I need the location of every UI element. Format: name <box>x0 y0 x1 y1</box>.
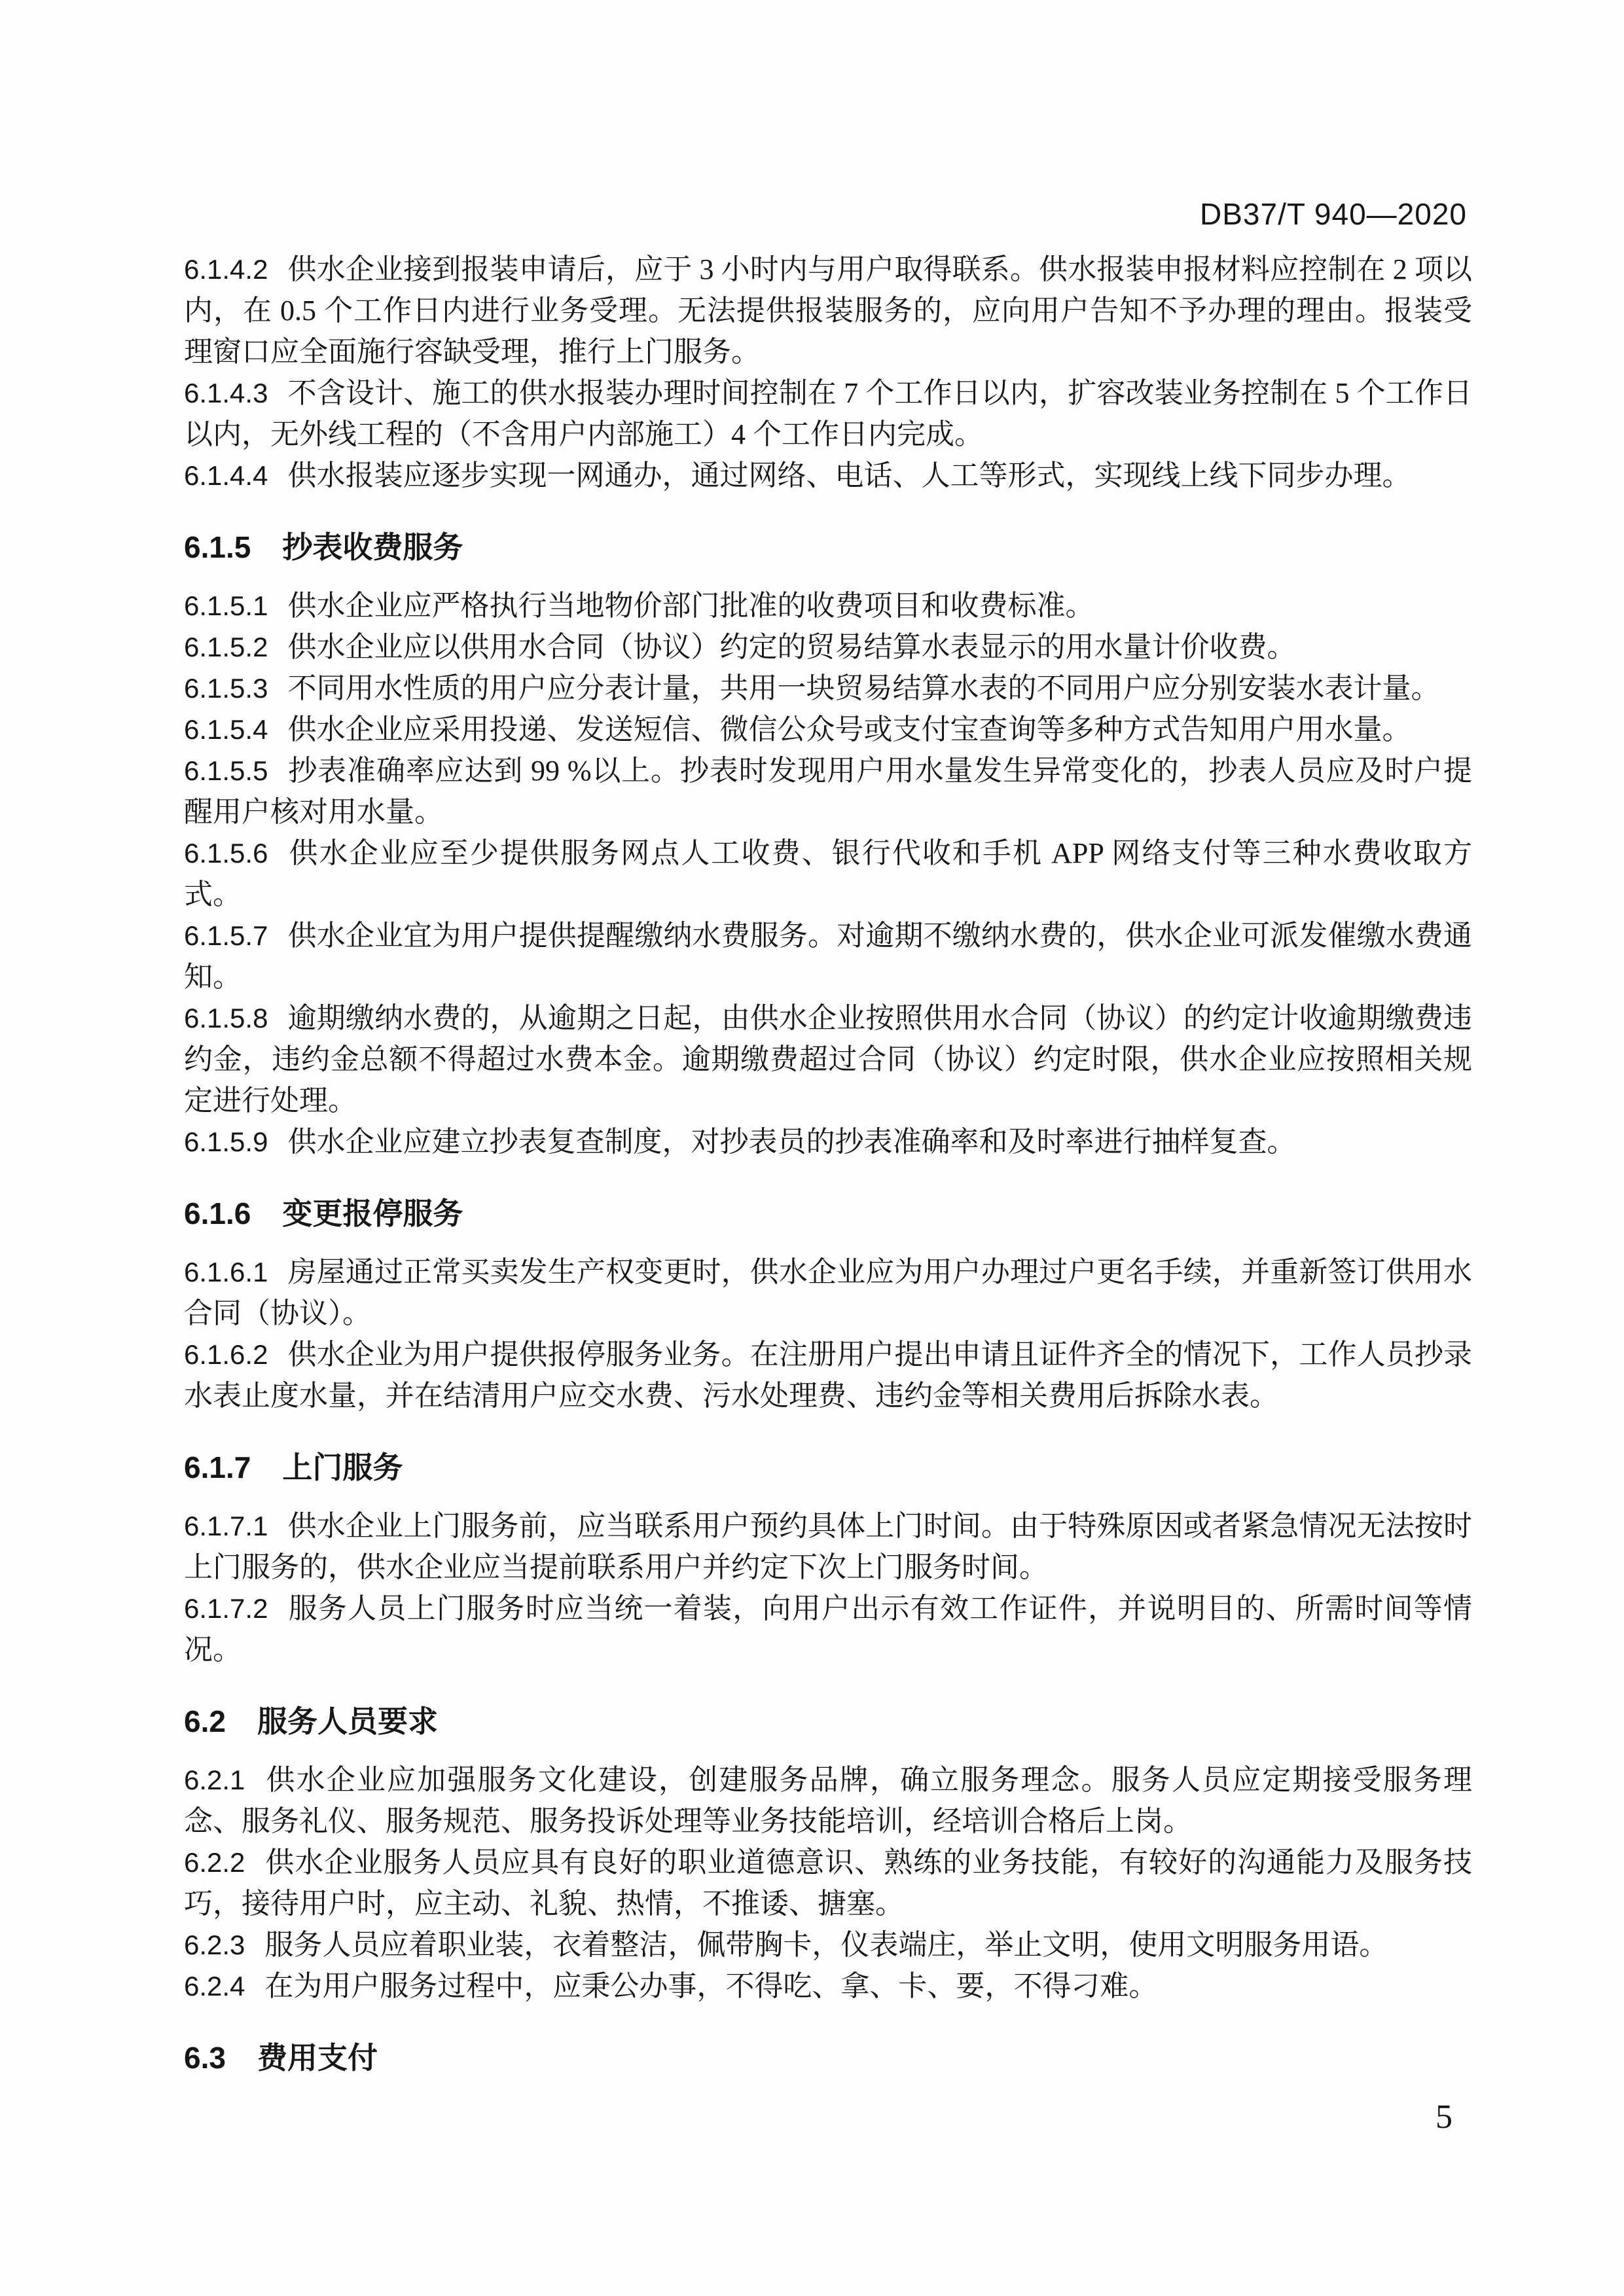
clause-paragraph: 6.1.4.2供水企业接到报装申请后，应于 3 小时内与用户取得联系。供水报装申… <box>184 249 1472 372</box>
clause-number: 6.1.4.3 <box>184 378 268 408</box>
section-title: 抄表收费服务 <box>282 530 463 564</box>
clause-paragraph: 6.1.5.4供水企业应采用投递、发送短信、微信公众号或支付宝查询等多种方式告知… <box>184 709 1472 750</box>
clause-text: 服务人员应着职业装，衣着整洁，佩带胸卡，仪表端庄，举止文明，使用文明服务用语。 <box>264 1929 1388 1961</box>
section-heading: 6.2服务人员要求 <box>184 1702 1472 1741</box>
clause-paragraph: 6.1.6.1房屋通过正常买卖发生产权变更时，供水企业应为用户办理过户更名手续，… <box>184 1251 1472 1334</box>
clause-paragraph: 6.1.5.7供水企业宜为用户提供提醒缴纳水费服务。对逾期不缴纳水费的，供水企业… <box>184 915 1472 997</box>
clause-paragraph: 6.1.5.8逾期缴纳水费的，从逾期之日起，由供水企业按照供用水合同（协议）的约… <box>184 997 1472 1121</box>
clause-text: 供水企业应加强服务文化建设，创建服务品牌，确立服务理念。服务人员应定期接受服务理… <box>184 1764 1472 1837</box>
clause-text: 供水企业上门服务前，应当联系用户预约具体上门时间。由于特殊原因或者紧急情况无法按… <box>184 1510 1472 1583</box>
section-number: 6.3 <box>184 2041 226 2075</box>
clause-number: 6.1.4.4 <box>184 460 268 491</box>
clause-number: 6.1.5.3 <box>184 673 268 704</box>
clause-number: 6.2.1 <box>184 1765 245 1795</box>
clause-number: 6.1.5.4 <box>184 714 268 745</box>
clause-text: 供水企业为用户提供报停服务业务。在注册用户提出申请且证件齐全的情况下，工作人员抄… <box>184 1338 1472 1412</box>
clause-number: 6.2.4 <box>184 1971 245 2001</box>
clause-text: 房屋通过正常买卖发生产权变更时，供水企业应为用户办理过户更名手续，并重新签订供用… <box>184 1256 1472 1329</box>
section-title: 变更报停服务 <box>282 1196 463 1230</box>
clause-number: 6.1.4.2 <box>184 254 268 285</box>
section-heading: 6.1.6变更报停服务 <box>184 1194 1472 1233</box>
section-title: 费用支付 <box>257 2041 378 2075</box>
section-heading: 6.1.7上门服务 <box>184 1448 1472 1487</box>
clause-text: 供水企业应以供用水合同（协议）约定的贸易结算水表显示的用水量计价收费。 <box>287 631 1295 663</box>
clause-paragraph: 6.1.7.1供水企业上门服务前，应当联系用户预约具体上门时间。由于特殊原因或者… <box>184 1505 1472 1588</box>
clause-number: 6.1.7.2 <box>184 1593 268 1624</box>
clause-paragraph: 6.1.5.2供水企业应以供用水合同（协议）约定的贸易结算水表显示的用水量计价收… <box>184 626 1472 668</box>
document-page: DB37/T 940—2020 6.1.4.2供水企业接到报装申请后，应于 3 … <box>0 0 1624 2296</box>
clause-number: 6.1.5.7 <box>184 920 268 951</box>
clause-text: 逾期缴纳水费的，从逾期之日起，由供水企业按照供用水合同（协议）的约定计收逾期缴费… <box>184 1002 1472 1117</box>
clause-number: 6.2.2 <box>184 1847 245 1878</box>
page-number: 5 <box>1435 2098 1453 2136</box>
clause-number: 6.1.5.1 <box>184 590 268 621</box>
clause-text: 抄表准确率应达到 99 %以上。抄表时发现用户用水量发生异常变化的，抄表人员应及… <box>184 755 1472 828</box>
clause-text: 供水企业应至少提供服务网点人工收费、银行代收和手机 APP 网络支付等三种水费收… <box>184 837 1472 910</box>
clause-paragraph: 6.1.5.1供水企业应严格执行当地物价部门批准的收费项目和收费标准。 <box>184 585 1472 626</box>
clause-number: 6.1.5.9 <box>184 1126 268 1157</box>
clause-number: 6.2.3 <box>184 1929 245 1960</box>
clause-paragraph: 6.1.7.2服务人员上门服务时应当统一着装，向用户出示有效工作证件，并说明目的… <box>184 1588 1472 1670</box>
clause-paragraph: 6.2.4在为用户服务过程中，应秉公办事，不得吃、拿、卡、要，不得刁难。 <box>184 1965 1472 2007</box>
clause-number: 6.1.5.6 <box>184 838 268 869</box>
clause-paragraph: 6.2.1供水企业应加强服务文化建设，创建服务品牌，确立服务理念。服务人员应定期… <box>184 1759 1472 1842</box>
clause-text: 不同用水性质的用户应分表计量，共用一块贸易结算水表的不同用户应分别安装水表计量。 <box>287 672 1439 704</box>
document-content: 6.1.4.2供水企业接到报装申请后，应于 3 小时内与用户取得联系。供水报装申… <box>184 249 1472 2096</box>
clause-text: 供水企业宜为用户提供提醒缴纳水费服务。对逾期不缴纳水费的，供水企业可派发催缴水费… <box>184 920 1472 993</box>
section-number: 6.1.5 <box>184 530 251 564</box>
section-title: 服务人员要求 <box>257 1704 438 1738</box>
section-number: 6.1.7 <box>184 1450 251 1484</box>
clause-text: 服务人员上门服务时应当统一着装，向用户出示有效工作证件，并说明目的、所需时间等情… <box>184 1592 1472 1666</box>
clause-text: 在为用户服务过程中，应秉公办事，不得吃、拿、卡、要，不得刁难。 <box>264 1970 1157 2002</box>
section-number: 6.1.6 <box>184 1196 251 1230</box>
section-heading: 6.3费用支付 <box>184 2038 1472 2077</box>
clause-number: 6.1.5.8 <box>184 1003 268 1033</box>
clause-paragraph: 6.1.5.3不同用水性质的用户应分表计量，共用一块贸易结算水表的不同用户应分别… <box>184 668 1472 709</box>
section-heading: 6.1.5抄表收费服务 <box>184 528 1472 567</box>
section-number: 6.2 <box>184 1704 226 1738</box>
clause-paragraph: 6.2.3服务人员应着职业装，衣着整洁，佩带胸卡，仪表端庄，举止文明，使用文明服… <box>184 1924 1472 1965</box>
page-header-code: DB37/T 940—2020 <box>184 196 1467 232</box>
clause-number: 6.1.6.2 <box>184 1339 268 1370</box>
clause-text: 供水报装应逐步实现一网通办，通过网络、电话、人工等形式，实现线上线下同步办理。 <box>287 459 1411 492</box>
clause-text: 供水企业接到报装申请后，应于 3 小时内与用户取得联系。供水报装申报材料应控制在… <box>184 253 1472 368</box>
clause-paragraph: 6.1.4.3不含设计、施工的供水报装办理时间控制在 7 个工作日以内，扩容改装… <box>184 372 1472 455</box>
clause-text: 不含设计、施工的供水报装办理时间控制在 7 个工作日以内，扩容改装业务控制在 5… <box>184 377 1472 450</box>
clause-text: 供水企业服务人员应具有良好的职业道德意识、熟练的业务技能，有较好的沟通能力及服务… <box>184 1846 1472 1920</box>
clause-text: 供水企业应建立抄表复查制度，对抄表员的抄表准确率和及时率进行抽样复查。 <box>287 1126 1295 1158</box>
clause-number: 6.1.6.1 <box>184 1257 268 1287</box>
clause-paragraph: 6.1.5.5抄表准确率应达到 99 %以上。抄表时发现用户用水量发生异常变化的… <box>184 750 1472 833</box>
clause-paragraph: 6.1.6.2供水企业为用户提供报停服务业务。在注册用户提出申请且证件齐全的情况… <box>184 1334 1472 1416</box>
clause-number: 6.1.5.2 <box>184 632 268 662</box>
clause-paragraph: 6.2.2供水企业服务人员应具有良好的职业道德意识、熟练的业务技能，有较好的沟通… <box>184 1842 1472 1924</box>
clause-paragraph: 6.1.5.6供水企业应至少提供服务网点人工收费、银行代收和手机 APP 网络支… <box>184 833 1472 915</box>
clause-text: 供水企业应采用投递、发送短信、微信公众号或支付宝查询等多种方式告知用户用水量。 <box>287 713 1411 745</box>
clause-paragraph: 6.1.4.4供水报装应逐步实现一网通办，通过网络、电话、人工等形式，实现线上线… <box>184 455 1472 496</box>
clause-number: 6.1.5.5 <box>184 755 268 786</box>
clause-number: 6.1.7.1 <box>184 1511 268 1541</box>
clause-text: 供水企业应严格执行当地物价部门批准的收费项目和收费标准。 <box>287 590 1094 622</box>
clause-paragraph: 6.1.5.9供水企业应建立抄表复查制度，对抄表员的抄表准确率和及时率进行抽样复… <box>184 1121 1472 1162</box>
section-title: 上门服务 <box>282 1450 403 1484</box>
